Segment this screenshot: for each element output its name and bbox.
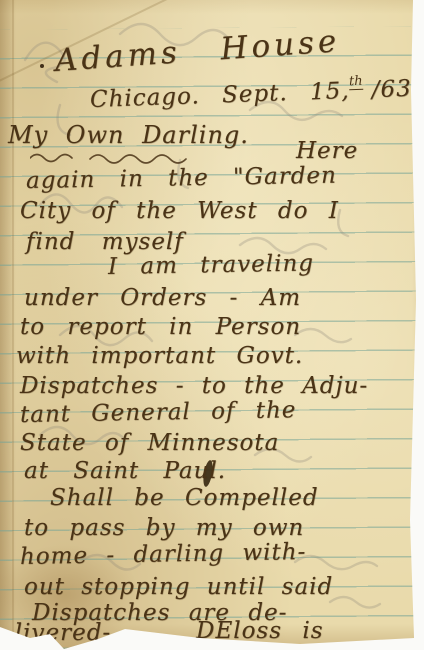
salutation-underline-flourish <box>30 150 240 164</box>
letter-line: at Saint Paul. <box>24 460 226 483</box>
letter-line: home - darling with- <box>20 541 307 569</box>
fold-crease-left <box>12 0 14 650</box>
salutation: My Own Darling. <box>8 123 249 147</box>
letter-line: under Orders - Am <box>24 287 301 310</box>
letter-line: find myself <box>26 231 184 254</box>
letter-line: out stopping until said <box>24 576 333 599</box>
letter-paper: Adams House Chicago. Sept. 15, /63 th My… <box>0 0 424 650</box>
letter-line: City of the West do I <box>20 200 339 223</box>
letter-line: State of Minnesota <box>20 432 279 455</box>
date-ordinal-superscript: th <box>349 74 363 90</box>
signature-name-line: DEloss is <box>196 620 324 643</box>
letter-line: Dispatches - to the Adju- <box>20 375 368 398</box>
scan-background: Adams House Chicago. Sept. 15, /63 th My… <box>0 0 424 650</box>
letter-line: Shall be Compelled <box>50 487 319 510</box>
letter-line: I am traveling <box>108 252 314 279</box>
ink-speck <box>40 64 44 68</box>
letter-line: again in the "Garden <box>26 165 337 193</box>
letter-line: Here <box>296 140 358 163</box>
letter-line: to pass by my own <box>24 517 304 540</box>
letter-line: to report in Person <box>20 316 301 339</box>
letter-line: -livered- <box>6 622 111 645</box>
letter-line: with important Govt. <box>16 345 303 368</box>
letter-line: tant General of the <box>20 399 297 427</box>
